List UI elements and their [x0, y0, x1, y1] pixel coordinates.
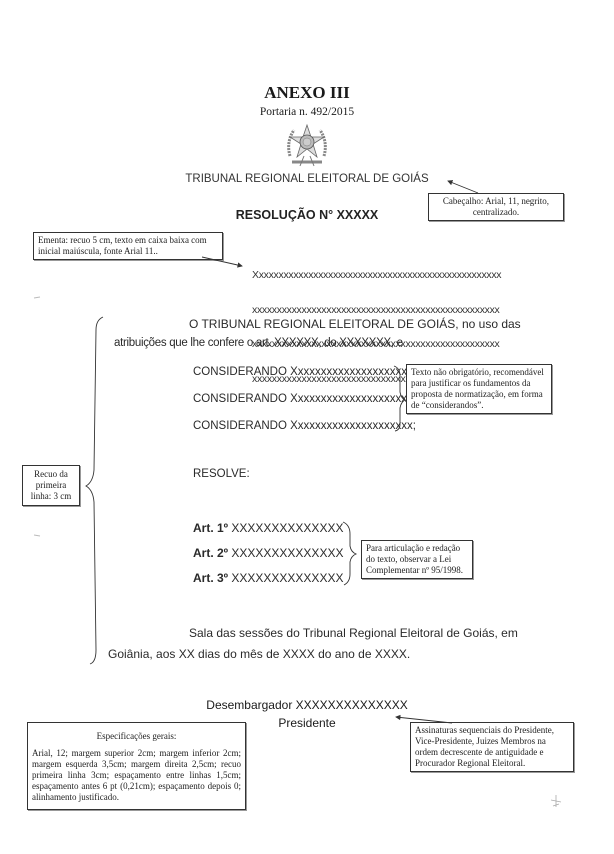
specs-title: Especificações gerais: [32, 731, 241, 742]
article-label: Art. 3º [193, 571, 228, 585]
ementa-line: xxxxxxxxxxxxxxxxxxxxxxxxxxxxxxxxxxxxxxxx… [252, 305, 532, 317]
article-label: Art. 1º [193, 521, 228, 535]
article-text: XXXXXXXXXXXXXX [228, 521, 343, 535]
resolve-heading: RESOLVE: [193, 468, 250, 480]
portaria-reference: Portaria n. 492/2015 [0, 106, 614, 118]
brazil-coat-of-arms-icon [282, 122, 332, 168]
annotation-considerandos: Texto não obrigatório, recomendável para… [406, 364, 552, 414]
article-text: XXXXXXXXXXXXXX [228, 571, 343, 585]
specs-body: Arial, 12; margem superior 2cm; margem i… [32, 748, 241, 803]
annotation-signatures: Assinaturas sequenciais do Presidente, V… [410, 722, 574, 772]
article-item: Art. 2º XXXXXXXXXXXXXX [193, 546, 343, 560]
signer-name: Desembargador XXXXXXXXXXXXXX [0, 698, 614, 712]
annex-title: ANEXO III [0, 83, 614, 103]
ementa-line: Xxxxxxxxxxxxxxxxxxxxxxxxxxxxxxxxxxxxxxxx… [252, 270, 532, 282]
scan-mark-icon [551, 795, 561, 807]
article-label: Art. 2º [193, 546, 228, 560]
article-item: Art. 1º XXXXXXXXXXXXXX [193, 521, 343, 535]
left-brace-icon [86, 317, 103, 664]
scan-mark-icon [34, 535, 40, 536]
tribunal-header: TRIBUNAL REGIONAL ELEITORAL DE GOIÁS [0, 173, 614, 185]
annotation-general-specs: Especificações gerais: Arial, 12; margem… [27, 722, 246, 810]
preamble-line-1: O TRIBUNAL REGIONAL ELEITORAL DE GOIÁS, … [189, 317, 521, 331]
preamble-line-2: atribuições que lhe confere o art. XXXXX… [114, 337, 403, 349]
closing-line-1: Sala das sessões do Tribunal Regional El… [189, 626, 518, 640]
annotation-header-format: Cabeçalho: Arial, 11, negrito, centraliz… [428, 193, 564, 221]
considerando-item: CONSIDERANDO Xxxxxxxxxxxxxxxxxxxxx; [193, 366, 416, 378]
annotation-first-line-indent: Recuo da primeira linha: 3 cm [22, 465, 80, 506]
closing-line-2: Goiânia, aos XX dias do mês de XXXX do a… [108, 647, 410, 661]
article-item: Art. 3º XXXXXXXXXXXXXX [193, 571, 343, 585]
considerando-item: CONSIDERANDO Xxxxxxxxxxxxxxxxxxxxx; [193, 420, 416, 432]
annotation-ementa-format: Ementa: recuo 5 cm, texto em caixa baixa… [33, 232, 223, 260]
right-brace-icon [343, 522, 356, 585]
article-text: XXXXXXXXXXXXXX [228, 546, 343, 560]
annotation-articles: Para articulação e redação do texto, obs… [361, 540, 473, 579]
scan-mark-icon [34, 297, 40, 298]
considerando-item: CONSIDERANDO Xxxxxxxxxxxxxxxxxxxxx; [193, 393, 416, 405]
